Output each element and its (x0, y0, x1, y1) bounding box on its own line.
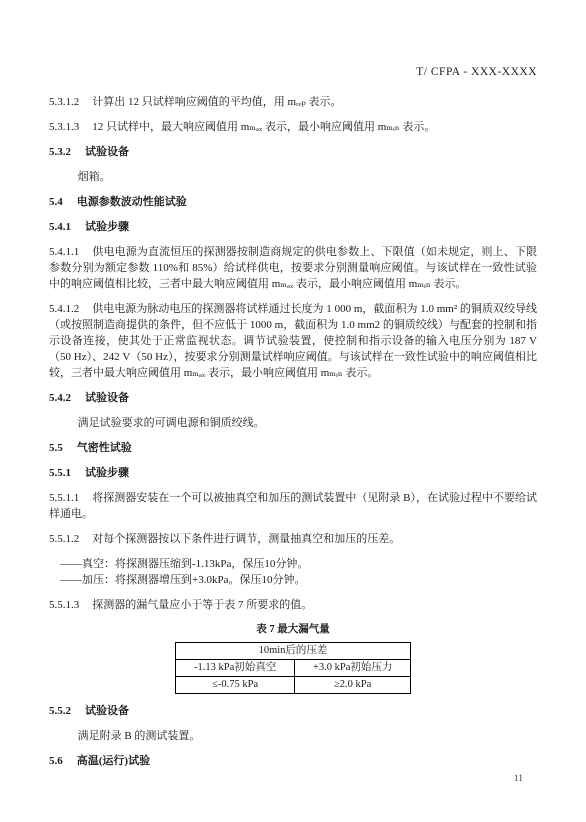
paragraph-appendix-b: 满足附录 B 的测试装置。 (49, 728, 537, 744)
clause-text: 12 只试样中，最大响应阈值用 mₘₐₓ 表示，最小响应阈值用 mₘᵢₙ 表示。 (92, 121, 435, 133)
clause-5-4-1-2: 5.4.1.2供电电源为脉动电压的探测器将试样通过长度为 1 000 m，截面积… (49, 301, 537, 381)
table-cell: ≥2.0 kPa (295, 677, 411, 694)
table-7-max-leakage: 10min后的压差 -1.13 kPa初始真空 +3.0 kPa初始压力 ≤-0… (175, 642, 411, 694)
paragraph-smoke-box: 烟箱。 (49, 169, 537, 185)
page-number: 11 (514, 774, 523, 784)
clause-number: 5.3.1.2 (49, 96, 92, 108)
paragraph-adjustable-power: 满足试验要求的可调电源和铜质绞线。 (49, 415, 537, 431)
clause-text: 探测器的漏气量应小于等于表 7 所要求的值。 (92, 599, 312, 611)
clause-number: 5.5.1.3 (49, 599, 92, 611)
heading-5-4-1: 5.4.1试验步骤 (49, 219, 537, 235)
heading-number: 5.4 (49, 196, 77, 208)
heading-title: 高温(运行)试验 (77, 755, 150, 767)
heading-number: 5.4.1 (49, 221, 85, 233)
table-7-title: 表 7 最大漏气量 (49, 622, 537, 638)
heading-title: 气密性试验 (77, 442, 132, 454)
heading-number: 5.5.1 (49, 467, 85, 479)
heading-number: 5.5.2 (49, 705, 85, 717)
table-cell: ≤-0.75 kPa (176, 677, 295, 694)
table-cell: -1.13 kPa初始真空 (176, 660, 295, 677)
heading-number: 5.4.2 (49, 392, 85, 404)
heading-number: 5.6 (49, 755, 77, 767)
heading-title: 试验设备 (85, 146, 129, 158)
heading-5-3-2: 5.3.2试验设备 (49, 144, 537, 160)
heading-5-6: 5.6高温(运行)试验 (49, 753, 537, 769)
table-7-block: 表 7 最大漏气量 10min后的压差 -1.13 kPa初始真空 +3.0 k… (49, 622, 537, 694)
clause-5-3-1-2: 5.3.1.2计算出 12 只试样响应阈值的平均值，用 mᵣₑₚ 表示。 (49, 94, 537, 110)
table-row: -1.13 kPa初始真空 +3.0 kPa初始压力 (176, 660, 411, 677)
heading-5-5: 5.5气密性试验 (49, 440, 537, 456)
clause-number: 5.5.1.2 (49, 533, 92, 545)
table-row: 10min后的压差 (176, 643, 411, 660)
heading-number: 5.5 (49, 442, 77, 454)
clause-text: 对每个探测器按以下条件进行调节，测量抽真空和加压的压差。 (92, 533, 400, 545)
clause-text: 供电电源为直流恒压的探测器按制造商规定的供电参数上、下限值（如未规定，则上、下限… (49, 246, 537, 290)
clause-number: 5.5.1.1 (49, 492, 92, 504)
clause-5-5-1-3: 5.5.1.3探测器的漏气量应小于等于表 7 所要求的值。 (49, 597, 537, 613)
heading-number: 5.3.2 (49, 146, 85, 158)
document-content: T/ CFPA - XXX-XXXX 5.3.1.2计算出 12 只试样响应阈值… (49, 64, 537, 778)
heading-title: 试验步骤 (85, 467, 129, 479)
heading-title: 试验步骤 (85, 221, 129, 233)
heading-5-4-2: 5.4.2试验设备 (49, 390, 537, 406)
table-header-cell: 10min后的压差 (176, 643, 411, 660)
clause-number: 5.3.1.3 (49, 121, 92, 133)
doc-code: T/ CFPA - XXX-XXXX (49, 64, 537, 80)
clause-text: 计算出 12 只试样响应阈值的平均值，用 mᵣₑₚ 表示。 (92, 96, 341, 108)
table-row: ≤-0.75 kPa ≥2.0 kPa (176, 677, 411, 694)
table-cell: +3.0 kPa初始压力 (295, 660, 411, 677)
clause-text: 将探测器安装在一个可以被抽真空和加压的测试装置中（见附录 B），在试验过程中不要… (49, 492, 537, 520)
document-page: T/ CFPA - XXX-XXXX 5.3.1.2计算出 12 只试样响应阈值… (0, 0, 586, 822)
heading-title: 试验设备 (85, 392, 129, 404)
bullet-vacuum: ——真空：将探测器压缩到-1.13kPa，保压10分钟。 (60, 556, 537, 572)
clause-5-5-1-2: 5.5.1.2对每个探测器按以下条件进行调节，测量抽真空和加压的压差。 (49, 531, 537, 547)
bullet-pressure: ——加压：将探测器增压到+3.0kPa。保压10分钟。 (60, 572, 537, 588)
clause-5-4-1-1: 5.4.1.1供电电源为直流恒压的探测器按制造商规定的供电参数上、下限值（如未规… (49, 244, 537, 292)
clause-text: 供电电源为脉动电压的探测器将试样通过长度为 1 000 m，截面积为 1.0 m… (49, 303, 537, 379)
heading-title: 试验设备 (85, 705, 129, 717)
clause-5-5-1-1: 5.5.1.1将探测器安装在一个可以被抽真空和加压的测试装置中（见附录 B），在… (49, 490, 537, 522)
heading-title: 电源参数波动性能试验 (77, 196, 187, 208)
clause-number: 5.4.1.1 (49, 246, 92, 258)
clause-5-3-1-3: 5.3.1.312 只试样中，最大响应阈值用 mₘₐₓ 表示，最小响应阈值用 m… (49, 119, 537, 135)
heading-5-5-2: 5.5.2试验设备 (49, 703, 537, 719)
heading-5-5-1: 5.5.1试验步骤 (49, 465, 537, 481)
heading-5-4: 5.4电源参数波动性能试验 (49, 194, 537, 210)
clause-number: 5.4.1.2 (49, 303, 92, 315)
condition-list: ——真空：将探测器压缩到-1.13kPa，保压10分钟。 ——加压：将探测器增压… (49, 556, 537, 588)
